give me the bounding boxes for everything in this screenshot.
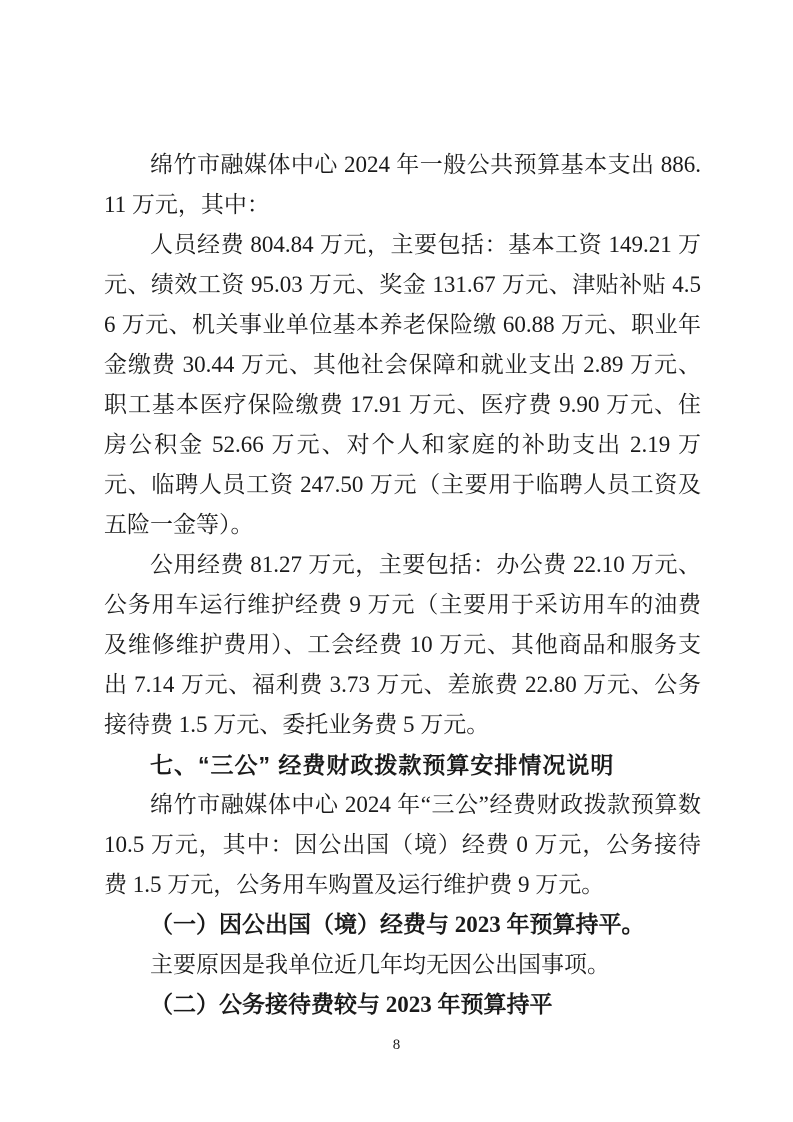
subheading-official-reception-expense: （二）公务接待费较与 2023 年预算持平 — [104, 985, 701, 1025]
section-heading-three-public-funds: 七、“三公” 经费财政拨款预算安排情况说明 — [104, 745, 701, 785]
paragraph-basic-expenditure-total: 绵竹市融媒体中心 2024 年一般公共预算基本支出 886.11 万元，其中： — [104, 145, 701, 225]
paragraph-three-public-budget-breakdown: 绵竹市融媒体中心 2024 年“三公”经费财政拨款预算数 10.5 万元，其中：… — [104, 785, 701, 905]
paragraph-overseas-trip-reason: 主要原因是我单位近几年均无因公出国事项。 — [104, 945, 701, 985]
paragraph-public-operating-expenses: 公用经费 81.27 万元，主要包括：办公费 22.10 万元、公务用车运行维护… — [104, 545, 701, 745]
page-number: 8 — [0, 1036, 793, 1054]
subheading-overseas-trip-expense: （一）因公出国（境）经费与 2023 年预算持平。 — [104, 905, 701, 945]
paragraph-personnel-expenses: 人员经费 804.84 万元，主要包括：基本工资 149.21 万元、绩效工资 … — [104, 225, 701, 545]
document-content: 绵竹市融媒体中心 2024 年一般公共预算基本支出 886.11 万元，其中： … — [104, 145, 701, 1025]
document-page: 绵竹市融媒体中心 2024 年一般公共预算基本支出 886.11 万元，其中： … — [0, 0, 793, 1122]
